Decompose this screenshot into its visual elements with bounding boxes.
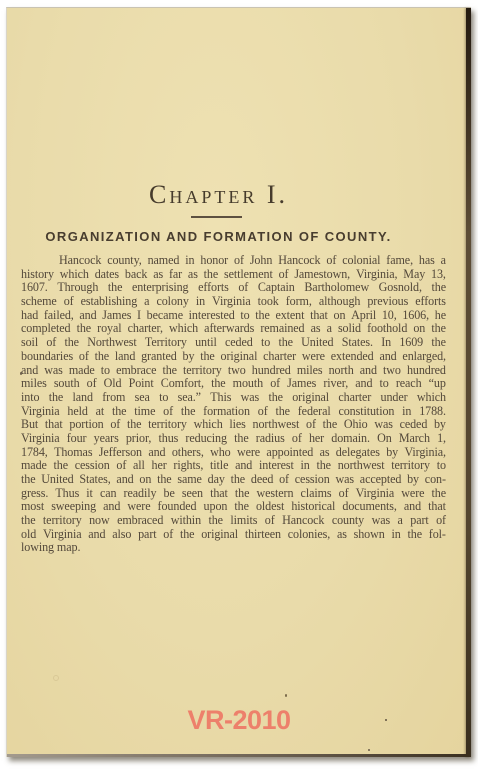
text-line: mostsweepingandwerefoundedupontheoldesth…: [21, 500, 446, 514]
text-line: Butthatportionoftheterritorywhichliesnor…: [21, 418, 446, 432]
text-line: madethecessionofallherrights,titleandint…: [21, 459, 446, 473]
text-line: boundariesofthelandgrantedbytheoriginalc…: [21, 350, 446, 364]
section-heading: ORGANIZATION AND FORMATION OF COUNTY.: [6, 229, 431, 244]
text-line: hadfailed,andJamesIbecameinterestedtothe…: [21, 309, 446, 323]
text-line: schemeofestablishingacolonyinVirginiatoo…: [21, 295, 446, 309]
dust-speck: [285, 694, 287, 697]
text-line: completedtheroyalcharter,whichafterwards…: [21, 322, 446, 336]
text-line: gress.Thusitcanreadilybeseenthattheweste…: [21, 487, 446, 501]
book-page: Chapter I. ORGANIZATION AND FORMATION OF…: [6, 7, 471, 757]
text-line: intothelandfromseatosea.”Thiswastheorigi…: [21, 391, 446, 405]
text-line: andwasmadetoembracetheterritorytwohundre…: [21, 364, 446, 378]
text-line: theterritorynowembracedwithinthelimitsof…: [21, 514, 446, 528]
text-line: Virginiaheldatthetimeoftheformationofthe…: [21, 405, 446, 419]
text-line: soiloftheNorthwestTerritoryuntilcededtot…: [21, 336, 446, 350]
text-line: Hancockcounty,namedinhonorofJohnHancocko…: [21, 254, 446, 268]
watermark-stamp: VR-2010: [7, 705, 471, 736]
text-line: 1784,ThomasJeffersonandothers,whowereapp…: [21, 446, 446, 460]
text-line: 1607.ThroughtheenterprisingeffortsofCapt…: [21, 281, 446, 295]
dust-speck: [368, 749, 370, 751]
dust-speck: [385, 719, 387, 721]
text-line: oldVirginiaandalsopartoftheoriginalthirt…: [21, 528, 446, 542]
body-paragraph: Hancockcounty,namedinhonorofJohnHancocko…: [21, 254, 446, 555]
dust-speck: [53, 675, 59, 681]
dust-speck: [20, 372, 22, 375]
text-line: Virginiafouryearsprior,thusreducingthera…: [21, 432, 446, 446]
chapter-title: Chapter I.: [6, 180, 431, 210]
text-line: milessouthofOldPointComfort,themouthofJa…: [21, 377, 446, 391]
scanned-book-page: Chapter I. ORGANIZATION AND FORMATION OF…: [0, 0, 478, 769]
title-divider-rule: [191, 216, 242, 218]
text-line: historywhichdatesbackasfarasthesettlemen…: [21, 268, 446, 282]
text-line: lowing map.: [21, 541, 446, 555]
text-line: theUnitedStates,andonthesamedaythedeedof…: [21, 473, 446, 487]
